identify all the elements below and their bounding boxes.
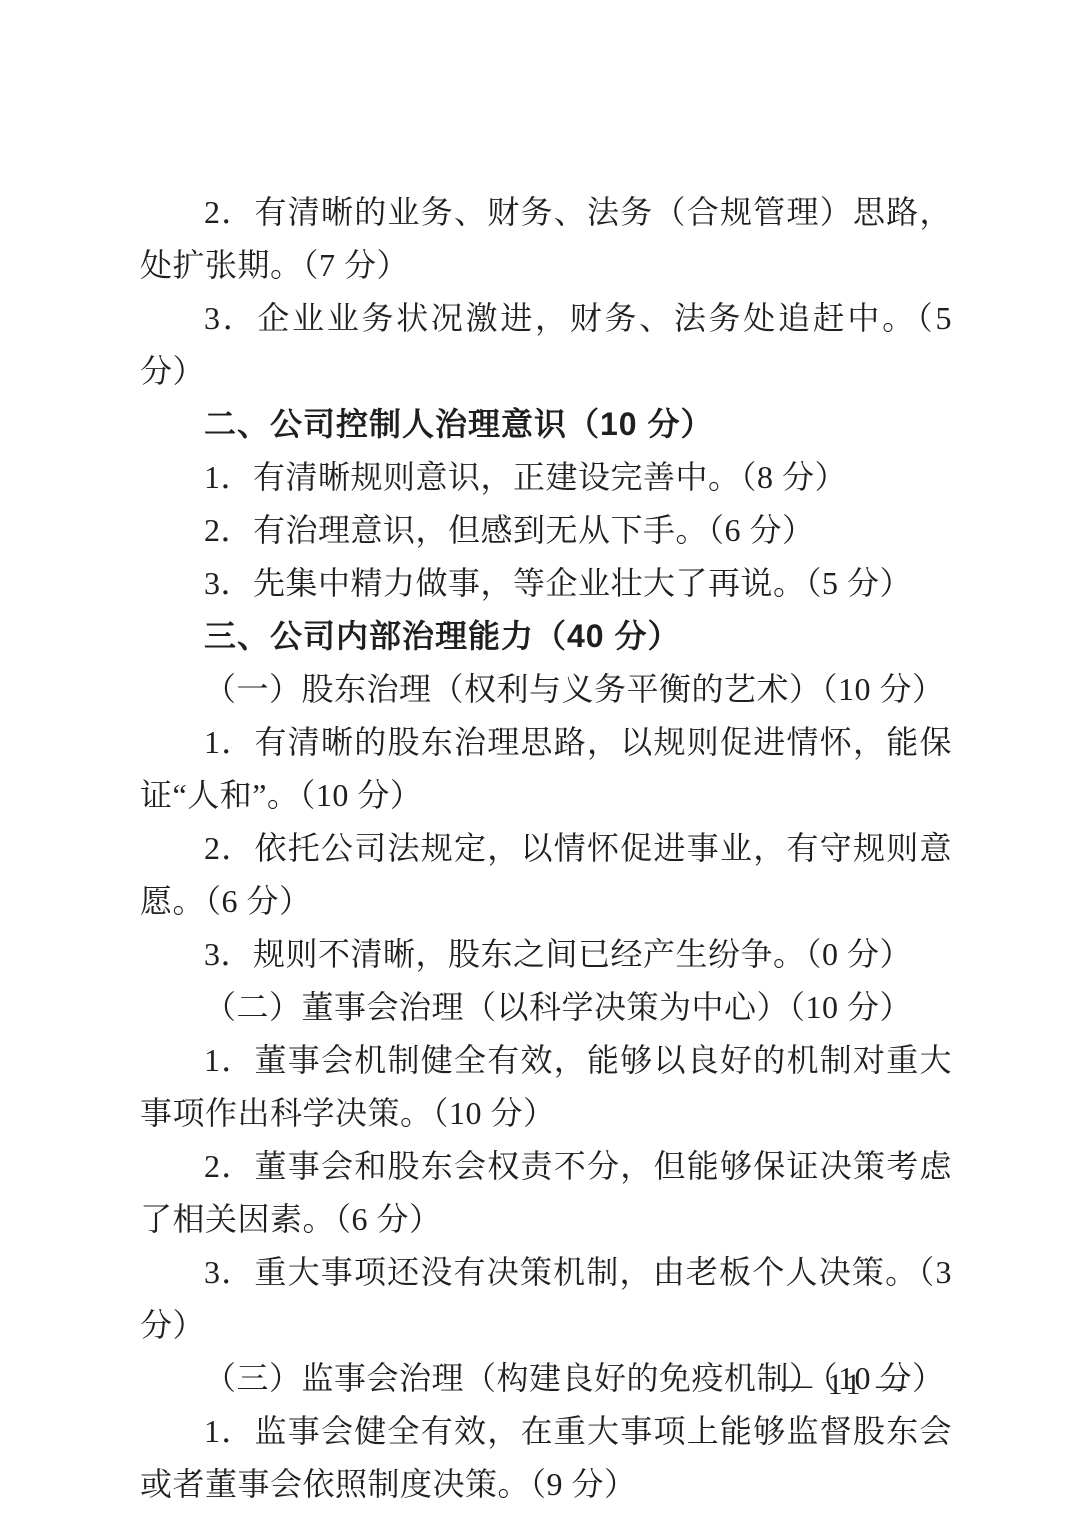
list-item: 2．有清晰的业务、财务、法务（合规管理）思路，处扩张期。（7 分）	[140, 186, 952, 292]
list-item: 1．监事会健全有效，在重大事项上能够监督股东会或者董事会依照制度决策。（9 分）	[140, 1405, 952, 1511]
list-item: 1．董事会机制健全有效，能够以良好的机制对重大事项作出科学决策。（10 分）	[140, 1034, 952, 1140]
section-heading: 三、公司内部治理能力（40 分）	[140, 610, 952, 663]
list-item: 3．先集中精力做事，等企业壮大了再说。（5 分）	[140, 557, 952, 610]
list-item: 2．董事会和股东会权责不分，但能够保证决策考虑了相关因素。（6 分）	[140, 1140, 952, 1246]
page-footer: — 11 —	[782, 1360, 910, 1410]
subsection-heading: （二）董事会治理（以科学决策为中心）（10 分）	[140, 981, 952, 1034]
list-item: 2．有治理意识，但感到无从下手。（6 分）	[140, 504, 952, 557]
document-body: 2．有清晰的业务、财务、法务（合规管理）思路，处扩张期。（7 分）3．企业业务状…	[140, 186, 952, 1511]
list-item: 1．有清晰的股东治理思路，以规则促进情怀，能保证“人和”。（10 分）	[140, 716, 952, 822]
list-item: 1．有清晰规则意识，正建设完善中。（8 分）	[140, 451, 952, 504]
list-item: 3．企业业务状况激进，财务、法务处追赶中。（5 分）	[140, 292, 952, 398]
list-item: 3．重大事项还没有决策机制，由老板个人决策。（3 分）	[140, 1246, 952, 1352]
list-item: 3．规则不清晰，股东之间已经产生纷争。（0 分）	[140, 928, 952, 981]
subsection-heading: （一）股东治理（权利与义务平衡的艺术）（10 分）	[140, 663, 952, 716]
section-heading: 二、公司控制人治理意识（10 分）	[140, 398, 952, 451]
list-item: 2．依托公司法规定，以情怀促进事业，有守规则意愿。（6 分）	[140, 822, 952, 928]
page-number: — 11 —	[782, 1368, 910, 1401]
document-page: 2．有清晰的业务、财务、法务（合规管理）思路，处扩张期。（7 分）3．企业业务状…	[0, 0, 1080, 1527]
